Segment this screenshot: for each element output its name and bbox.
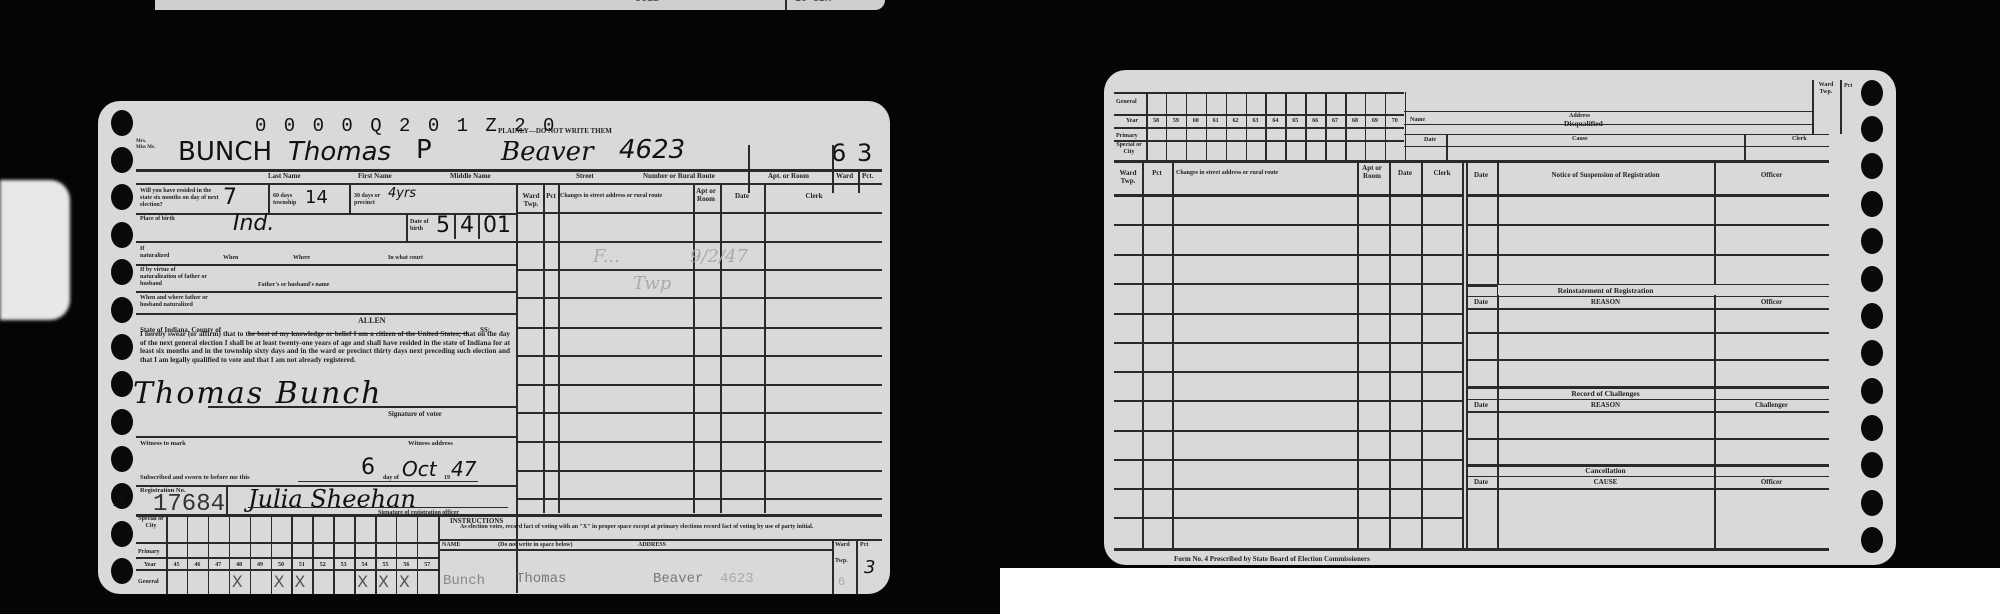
changes-header-apt: Apt or Room: [693, 187, 719, 203]
grid-label-general: General: [138, 578, 159, 586]
punch-hole: [111, 297, 133, 323]
grid-year-cell: 55: [375, 561, 396, 569]
punch-hole: [111, 558, 133, 584]
subscribed-month: Oct: [402, 457, 437, 481]
typed-pct: 3: [864, 557, 875, 578]
label-subscribed: Subscribed and sworn to before me this: [140, 474, 250, 482]
punch-hole: [1861, 490, 1883, 516]
grid-year-cell: 46: [187, 561, 208, 569]
label-clerk: Clerk: [1792, 135, 1807, 143]
cancellation-header-date: Date: [1466, 478, 1496, 486]
first-name-value: Thomas: [288, 137, 391, 167]
punch-hole: [111, 334, 133, 360]
label-ward-footer: Ward: [835, 541, 850, 549]
grid-year-cell: 51: [291, 561, 312, 569]
grid-year-cell: 66: [1305, 117, 1325, 125]
vote-mark: X: [378, 572, 389, 591]
serial-note: PLAINLY—DO NOT WRITE THEM: [498, 127, 612, 135]
reinstatement-title: Reinstatement of Registration: [1497, 287, 1714, 295]
punch-hole: [1861, 378, 1883, 404]
grid-year-cell: 54: [354, 561, 375, 569]
label-apt-room: Apt. or Room: [768, 172, 809, 180]
vote-mark: X: [274, 572, 285, 591]
title-prefix: Mrs. Miss Mr.: [136, 139, 156, 151]
challenges-header-reason: REASON: [1497, 401, 1714, 409]
punch-hole: [1861, 340, 1883, 366]
punch-hole: [1861, 527, 1883, 553]
cancellation-title: Cancellation: [1497, 467, 1714, 475]
typed-number: 4623: [720, 571, 754, 587]
subscribed-day: 6: [361, 455, 375, 480]
vote-mark: X: [294, 572, 305, 591]
grid-year-cell: 47: [208, 561, 229, 569]
subscribed-year: 47: [451, 457, 476, 481]
changes-header-clerk: Clerk: [1422, 169, 1462, 177]
vote-mark: X: [357, 572, 368, 591]
grid-year-cell: 49: [250, 561, 271, 569]
punch-hole: [1861, 266, 1883, 292]
label-first-name: First Name: [358, 172, 392, 180]
punch-hole: [111, 446, 133, 472]
faint-change-entry: Twp: [633, 273, 671, 294]
previous-card-edge: 5612 10 SEK: [155, 0, 885, 10]
label-pct: Pct: [1844, 82, 1852, 90]
pct-value: 3: [857, 139, 872, 167]
label-twp-footer: Twp.: [835, 557, 848, 565]
label-if-naturalized: If naturalized: [140, 246, 175, 260]
punch-hole: [1861, 80, 1883, 106]
label-witness-to-mark: Witness to mark: [140, 440, 186, 448]
grid-year-cell: 63: [1246, 117, 1266, 125]
punch-hole: [111, 521, 133, 547]
label-pct-footer: Pct: [860, 541, 868, 549]
vote-mark: X: [232, 572, 243, 591]
label-naturalization-of-father: If by virtue of naturalization of father…: [140, 267, 210, 288]
grid-label-year: Year: [144, 561, 156, 569]
grid-year-cell: 56: [396, 561, 417, 569]
label-name: NAME: [442, 541, 460, 549]
birth-day: 4: [460, 213, 474, 238]
suspension-header-notice: Notice of Suspension of Registration: [1497, 171, 1714, 179]
grid-year-cell: 52: [312, 561, 333, 569]
oath-county: ALLEN: [358, 317, 386, 325]
grid-label-special-city: Special or City: [1114, 142, 1144, 156]
reinstatement-header-officer: Officer: [1714, 298, 1829, 306]
voter-registration-card-back: General Year Primary Special or City 585…: [1104, 70, 1896, 565]
resided-precinct-value: 4yrs: [388, 186, 416, 201]
label-naturalized-court: In what court: [388, 254, 423, 262]
grid-year-cell: 67: [1325, 117, 1345, 125]
last-name-value: BUNCH: [178, 137, 272, 167]
changes-header-date: Date: [1389, 169, 1421, 177]
grid-label-year: Year: [1126, 117, 1138, 125]
grid-year-cell: 64: [1265, 117, 1285, 125]
faint-change-entry: F...: [593, 246, 620, 267]
label-do-not-write: (Do not write in space below): [498, 541, 573, 549]
oath-text: I hereby swear (or affirm) that to the b…: [140, 330, 510, 364]
instructions-text: As election votes, record fact of voting…: [460, 524, 860, 531]
punch-hole: [1861, 415, 1883, 441]
birth-year: 01: [483, 213, 511, 238]
label-place-of-birth: Place of birth: [140, 216, 180, 223]
suspension-header-officer: Officer: [1714, 171, 1829, 179]
punch-hole: [1861, 452, 1883, 478]
grid-year-cell: 70: [1385, 117, 1405, 125]
label-address: ADDRESS: [638, 541, 666, 549]
punch-hole: [1861, 303, 1883, 329]
resided-state-value: 7: [223, 185, 237, 210]
grid-year-cell: 69: [1365, 117, 1385, 125]
reinstatement-header-reason: REASON: [1497, 298, 1714, 306]
punch-hole: [111, 147, 133, 173]
cancellation-header-cause: CAUSE: [1497, 478, 1714, 486]
label-pct: Pct.: [862, 172, 873, 180]
label-naturalized-where: Where: [293, 254, 310, 262]
changes-header-apt: Apt or Room: [1357, 164, 1387, 180]
punch-hole: [1861, 153, 1883, 179]
label-middle-name: Middle Name: [450, 172, 491, 180]
vote-mark: X: [399, 572, 410, 591]
label-last-name: Last Name: [268, 172, 300, 180]
punch-hole: [111, 371, 133, 397]
grid-year-cell: 57: [417, 561, 438, 569]
middle-name-value: P: [416, 135, 432, 165]
grid-year-cell: 59: [1166, 117, 1186, 125]
changes-header-address: Changes in street address or rural route: [1176, 169, 1278, 177]
label-witness-address: Witness address: [408, 440, 453, 448]
typed-street: Beaver: [653, 571, 703, 587]
grid-label-general: General: [1116, 98, 1137, 106]
blank-area: [1000, 568, 2000, 614]
changes-header-date: Date: [720, 192, 764, 200]
label-naturalized-when: When: [223, 254, 238, 262]
previous-card-fragment: 10 SEK: [795, 0, 831, 5]
registration-prefix: A: [113, 489, 127, 512]
punch-hole: [1861, 191, 1883, 217]
typed-ward: 6: [838, 575, 845, 589]
challenges-title: Record of Challenges: [1497, 390, 1714, 398]
changes-header-clerk: Clerk: [764, 192, 864, 200]
label-ward: Ward: [836, 172, 853, 180]
cancellation-header-officer: Officer: [1714, 478, 1829, 486]
punch-hole: [111, 110, 133, 136]
street-value: Beaver: [501, 137, 594, 167]
punch-hole: [111, 222, 133, 248]
grid-year-cell: 62: [1226, 117, 1246, 125]
grid-year-cell: 48: [229, 561, 250, 569]
faint-change-date: 9/2/47: [690, 246, 748, 267]
place-of-birth-value: Ind.: [233, 211, 274, 236]
label-cause: Cause: [1572, 135, 1588, 143]
punch-hole: [111, 184, 133, 210]
challenges-header-challenger: Challenger: [1714, 401, 1829, 409]
label-resided-state: Will you have resided in the state six m…: [140, 188, 220, 209]
grid-year-cell: 65: [1285, 117, 1305, 125]
label-ward-twp: Ward Twp.: [1813, 82, 1839, 96]
grid-year-cell: 61: [1206, 117, 1226, 125]
label-date: Date: [1424, 136, 1436, 144]
birth-month: 5: [436, 213, 450, 238]
changes-header-address: Changes in street address or rural route: [560, 192, 662, 200]
grid-year-cell: 45: [166, 561, 187, 569]
voter-registration-card-front: 0 0 0 0 Q 2 0 1 Z 2 0 PLAINLY—DO NOT WRI…: [98, 101, 890, 594]
resided-township-value: 14: [305, 187, 328, 208]
punch-hole: [111, 259, 133, 285]
label-date-of-birth: Date of birth: [410, 219, 432, 233]
reinstatement-header-date: Date: [1466, 298, 1496, 306]
changes-header-pct: Pct: [1144, 169, 1170, 177]
grid-year-cell: 60: [1186, 117, 1206, 125]
label-name: Name: [1410, 116, 1425, 124]
previous-card-fragment: 5612: [635, 0, 659, 5]
punch-hole: [1861, 116, 1883, 142]
typed-first-name: Thomas: [516, 571, 566, 587]
label-signature-voter: Signature of voter: [388, 410, 442, 418]
label-father-name: Father's or husband's name: [258, 281, 329, 289]
grid-year-cell: 58: [1146, 117, 1166, 125]
changes-header-ward: Ward Twp.: [518, 192, 544, 208]
grid-label-special-city: Special or City: [138, 516, 164, 530]
grid-year-cell: 50: [271, 561, 292, 569]
grid-label-primary: Primary: [138, 548, 160, 556]
grid-year-cell: 68: [1345, 117, 1365, 125]
grid-label-primary: Primary: [1116, 132, 1138, 140]
punch-hole: [111, 409, 133, 435]
challenges-header-date: Date: [1466, 401, 1496, 409]
form-footer: Form No. 4 Prescribed by State Board of …: [1174, 555, 1370, 563]
changes-header-ward: Ward Twp.: [1114, 169, 1142, 185]
label-street: Street: [576, 172, 594, 180]
grid-year-cell: 53: [333, 561, 354, 569]
changes-header-pct: Pct: [544, 192, 558, 200]
house-number-value: 4623: [619, 135, 685, 165]
typed-last-name: Bunch: [443, 573, 485, 589]
adjacent-card-blob: [0, 180, 70, 320]
disqualified-title: Disqualified: [1564, 120, 1603, 128]
label-number-rural-route: Number or Rural Route: [643, 172, 715, 180]
suspension-header-date: Date: [1466, 171, 1496, 179]
label-father-naturalized: When and where father or husband natural…: [140, 295, 230, 309]
punch-hole: [1861, 228, 1883, 254]
